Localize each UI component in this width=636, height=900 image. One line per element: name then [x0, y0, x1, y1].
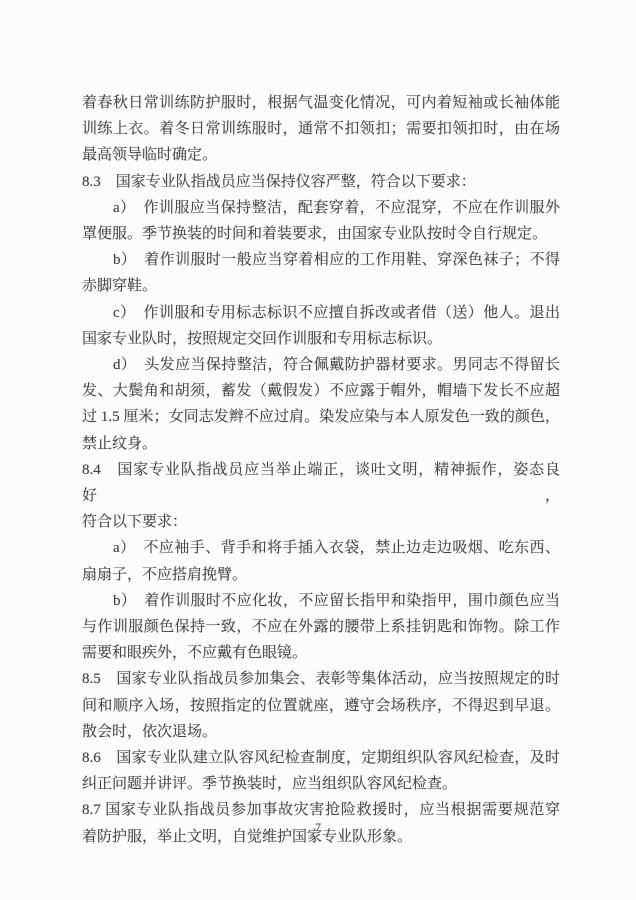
text-line: 符合以下要求： [82, 509, 560, 535]
text-line: 过 1.5 厘米；女同志发辫不应过肩。染发应染与本人原发色一致的颜色， [82, 404, 560, 430]
text-line: 罩便服。季节换装的时间和着装要求，由国家专业队按时令自行规定。 [82, 221, 560, 247]
document-page: 着春秋日常训练防护服时，根据气温变化情况，可内着短袖或长袖体能训练上衣。着冬日常… [0, 0, 636, 900]
text-line: 8.6 国家专业队建立队容风纪检查制度，定期组织队容风纪检查，及时 [82, 745, 560, 771]
text-line: 与作训服颜色保持一致，不应在外露的腰带上系挂钥匙和饰物。除工作 [82, 614, 560, 640]
page-number: 7 [0, 820, 636, 835]
text-line: 8.5 国家专业队指战员参加集会、表彰等集体活动，应当按照规定的时 [82, 666, 560, 692]
text-line: 着春秋日常训练防护服时，根据气温变化情况，可内着短袖或长袖体能 [82, 90, 560, 116]
text-line: 间和顺序入场，按照指定的位置就座，遵守会场秩序，不得迟到早退。 [82, 693, 560, 719]
text-line: 需要和眼疾外，不应戴有色眼镜。 [82, 640, 560, 666]
text-line: 8.3 国家专业队指战员应当保持仪容严整，符合以下要求： [82, 169, 560, 195]
text-line: 赤脚穿鞋。 [82, 273, 560, 299]
text-line: 禁止纹身。 [82, 431, 560, 457]
text-line: b） 着作训服时不应化妆，不应留长指甲和染指甲，围巾颜色应当 [82, 588, 560, 614]
text-line: b） 着作训服时一般应当穿着相应的工作用鞋、穿深色袜子；不得 [82, 247, 560, 273]
text-line: 散会时，依次退场。 [82, 719, 560, 745]
text-line: 训练上衣。着冬日常训练服时，通常不扣领扣；需要扣领扣时，由在场 [82, 116, 560, 142]
text-line: a） 不应袖手、背手和将手插入衣袋，禁止边走边吸烟、吃东西、 [82, 535, 560, 561]
text-line: a） 作训服应当保持整洁，配套穿着，不应混穿，不应在作训服外 [82, 195, 560, 221]
text-line: 8.4 国家专业队指战员应当举止端正，谈吐文明，精神振作，姿态良好， [82, 457, 560, 509]
text-line: 纠正问题并讲评。季节换装时，应当组织队容风纪检查。 [82, 771, 560, 797]
text-line: 扇扇子，不应搭肩挽臂。 [82, 562, 560, 588]
text-line: c） 作训服和专用标志标识不应擅自拆改或者借（送）他人。退出 [82, 300, 560, 326]
text-line: 发、大鬓角和胡须，蓄发（戴假发）不应露于帽外，帽墙下发长不应超 [82, 378, 560, 404]
document-text-block: 着春秋日常训练防护服时，根据气温变化情况，可内着短袖或长袖体能训练上衣。着冬日常… [82, 90, 560, 850]
text-line: d） 头发应当保持整洁，符合佩戴防护器材要求。男同志不得留长 [82, 352, 560, 378]
text-line: 国家专业队时，按照规定交回作训服和专用标志标识。 [82, 326, 560, 352]
text-line: 最高领导临时确定。 [82, 142, 560, 168]
